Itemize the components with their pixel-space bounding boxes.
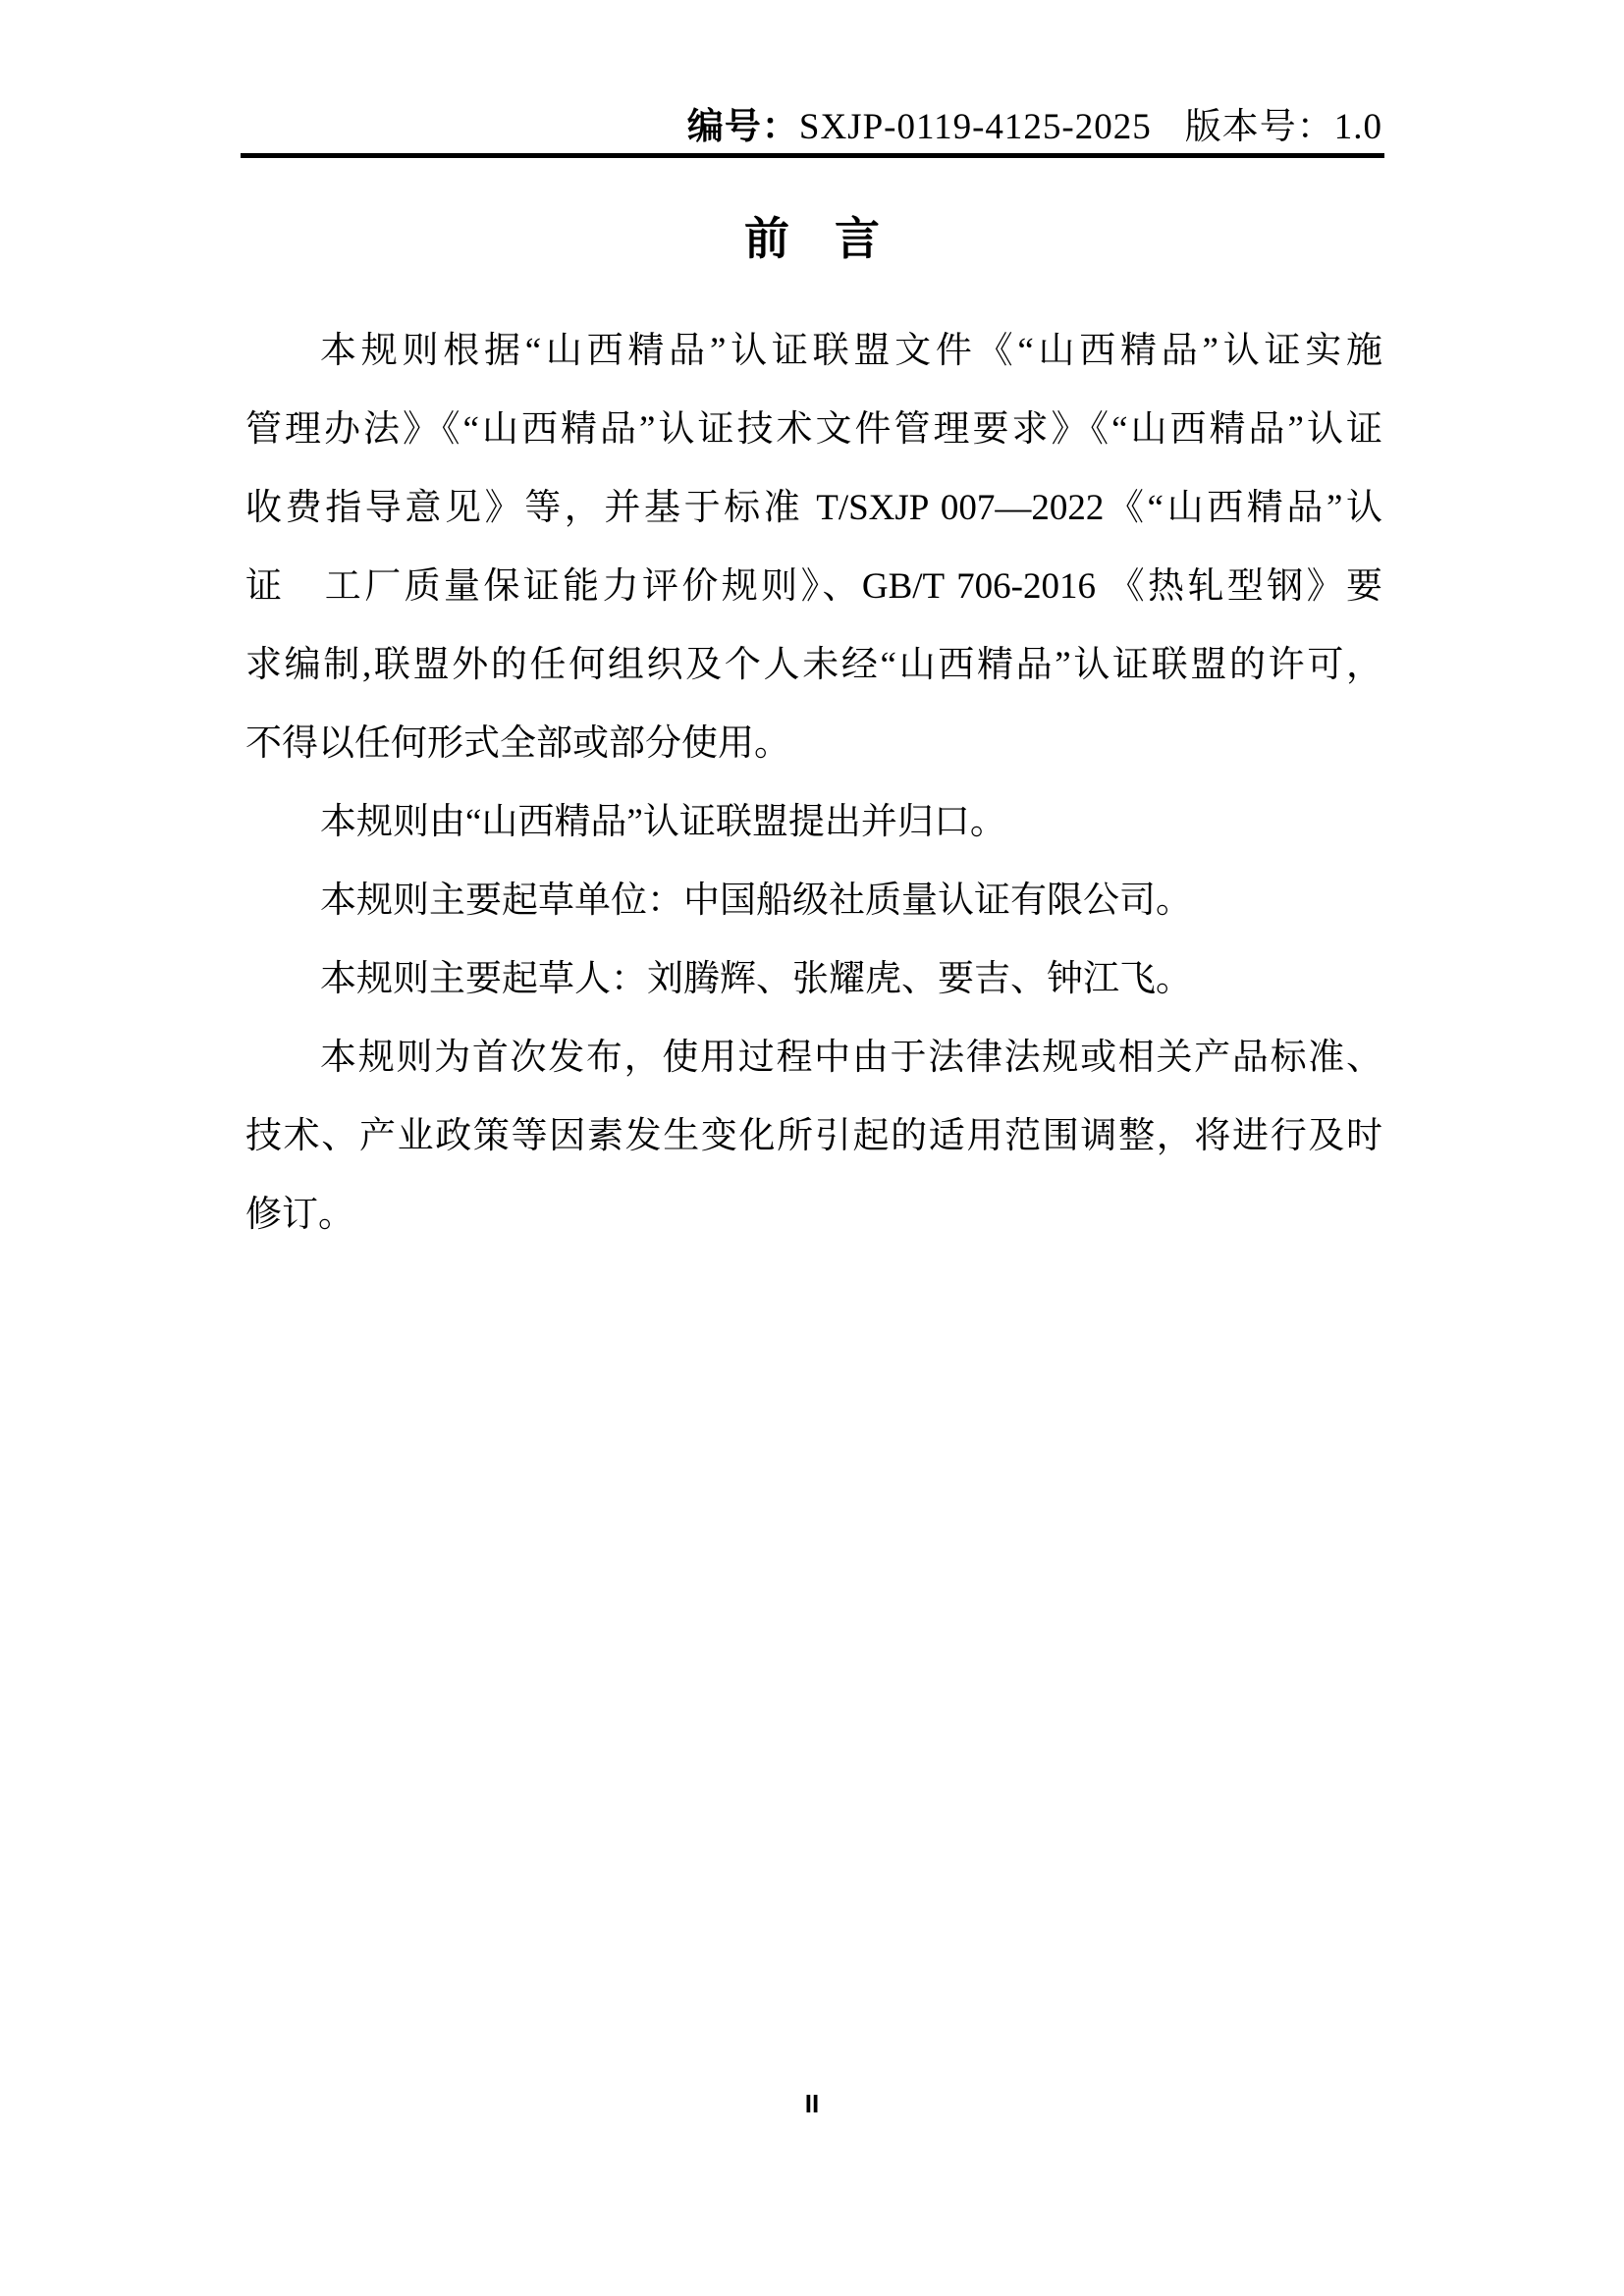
document-header: 编号：SXJP-0119-4125-2025版本号：1.0 [687,106,1382,149]
body-line: 管理办法》《“山西精品”认证技术文件管理要求》《“山西精品”认证 [245,391,1382,469]
version-label: 版本号： [1185,107,1334,147]
body-line: 本规则主要起草单位：中国船级社质量认证有限公司。 [245,862,1382,940]
document-page: 编号：SXJP-0119-4125-2025版本号：1.0 前 言 本规则根据“… [0,0,1624,2296]
body-line: 求编制,联盟外的任何组织及个人未经“山西精品”认证联盟的许可， [245,626,1382,705]
doc-number-label: 编号： [687,107,799,147]
body-line: 本规则为首次发布，使用过程中由于法律法规或相关产品标准、 [245,1019,1382,1097]
body-line: 本规则主要起草人：刘腾辉、张耀虎、要吉、钟江飞。 [245,940,1382,1019]
document-body: 本规则根据“山西精品”认证联盟文件《“山西精品”认证实施 管理办法》《“山西精品… [245,312,1382,1255]
body-line: 本规则根据“山西精品”认证联盟文件《“山西精品”认证实施 [245,312,1382,391]
page-number: II [0,2089,1624,2119]
body-line: 收费指导意见》等，并基于标准 T/SXJP 007—2022《“山西精品”认 [245,469,1382,548]
body-line: 证 工厂质量保证能力评价规则》、GB/T 706-2016 《热轧型钢》要 [245,548,1382,626]
header-rule [241,153,1384,158]
version-value: 1.0 [1334,107,1382,147]
body-line: 本规则由“山西精品”认证联盟提出并归口。 [245,783,1382,862]
doc-number-value: SXJP-0119-4125-2025 [799,107,1152,147]
body-line: 技术、产业政策等因素发生变化所引起的适用范围调整，将进行及时 [245,1097,1382,1176]
page-title: 前 言 [0,214,1624,265]
body-line: 修订。 [245,1176,1382,1255]
body-line: 不得以任何形式全部或部分使用。 [245,705,1382,783]
